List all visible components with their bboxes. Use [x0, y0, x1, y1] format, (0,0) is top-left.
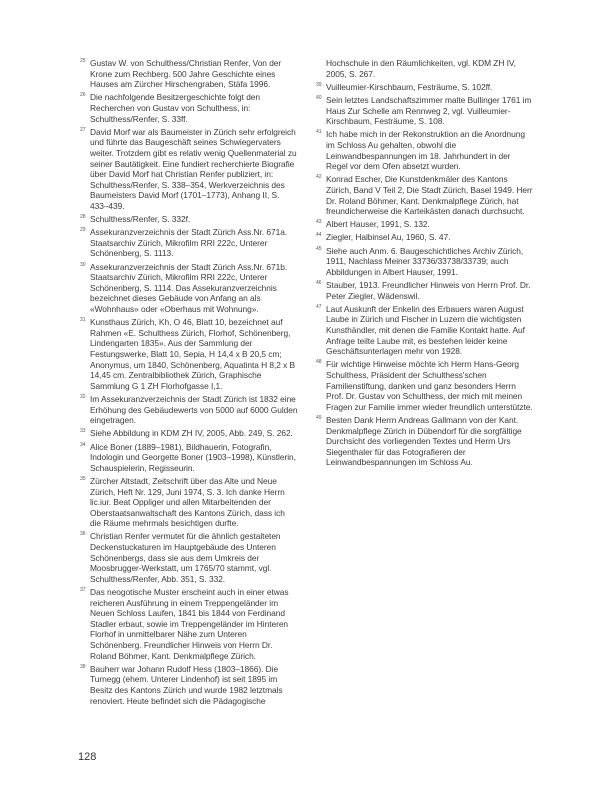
- footnote-number: 25: [80, 57, 85, 65]
- footnote-number: 37: [80, 586, 85, 594]
- footnote-text: Ziegler, Halbinsel Au, 1960, S. 47.: [326, 232, 450, 242]
- footnote-43: 43Albert Hauser, 1991, S. 132.: [316, 219, 534, 230]
- footnote-number: 38: [80, 663, 85, 671]
- footnote-text: Bauherr war Johann Rudolf Hess (1803–186…: [90, 664, 283, 706]
- footnote-41: 41Ich habe mich in der Rekonstruktion an…: [316, 129, 534, 171]
- footnote-text: David Morf war als Baumeister in Zürich …: [90, 127, 297, 211]
- footnote-number: 48: [316, 358, 321, 366]
- footnote-text: Assekuranzverzeichnis der Stadt Zürich A…: [90, 227, 287, 258]
- footnote-number: 49: [316, 414, 321, 422]
- footnote-text: Kunsthaus Zürich, Kh, O 46, Blatt 10, be…: [90, 317, 295, 391]
- footnotes-left-column: 25Gustav W. von Schulthess/Christian Ren…: [80, 58, 298, 709]
- footnote-number: 29: [80, 226, 85, 234]
- footnote-text: Siehe Abbildung in KDM ZH IV, 2005, Abb.…: [90, 428, 293, 438]
- footnotes-right-column: Hochschule in den Räumlichkeiten, vgl. K…: [316, 58, 534, 471]
- footnote-38: 38Bauherr war Johann Rudolf Hess (1803–1…: [80, 664, 298, 706]
- footnote-number: 26: [80, 91, 85, 99]
- footnote-number: 46: [316, 279, 321, 287]
- footnote-45: 45Siehe auch Anm. 6. Baugeschichtliches …: [316, 246, 534, 278]
- footnote-number: 34: [80, 441, 85, 449]
- page-number: 128: [78, 751, 96, 763]
- footnote-text: Sein letztes Landschaftszimmer malte Bul…: [326, 95, 531, 126]
- footnote-number: 41: [316, 128, 321, 136]
- footnote-31: 31Kunsthaus Zürich, Kh, O 46, Blatt 10, …: [80, 317, 298, 391]
- footnote-number: 35: [80, 475, 85, 483]
- footnote-text: Konrad Escher, Die Kunstdenkmäler des Ka…: [326, 174, 532, 216]
- footnote-46: 46Stauber, 1913. Freundlicher Hinweis vo…: [316, 280, 534, 301]
- footnote-number: 33: [80, 427, 85, 435]
- footnote-42: 42Konrad Escher, Die Kunstdenkmäler des …: [316, 174, 534, 216]
- footnote-35: 35Zürcher Altstadt, Zeitschrift über das…: [80, 476, 298, 529]
- footnote-text: Hochschule in den Räumlichkeiten, vgl. K…: [326, 58, 516, 79]
- footnote-48: 48Für wichtige Hinweise möchte ich Herrn…: [316, 359, 534, 412]
- footnote-text: Im Assekuranzverzeichnis der Stadt Züric…: [90, 394, 298, 425]
- footnote-40: 40Sein letztes Landschaftszimmer malte B…: [316, 95, 534, 127]
- footnote-text: Besten Dank Herrn Andreas Gallmann von d…: [326, 415, 522, 467]
- footnote-37: 37Das neogotische Muster erscheint auch …: [80, 587, 298, 661]
- footnote-number: 44: [316, 231, 321, 239]
- footnote-text: Gustav W. von Schulthess/Christian Renfe…: [90, 58, 281, 89]
- footnote-number: 36: [80, 530, 85, 538]
- footnote-33: 33Siehe Abbildung in KDM ZH IV, 2005, Ab…: [80, 428, 298, 439]
- footnote-number: 47: [316, 303, 321, 311]
- footnote-text: Laut Auskunft der Enkelin des Erbauers w…: [326, 304, 525, 356]
- footnote-36: 36Christian Renfer vermutet für die ähnl…: [80, 531, 298, 584]
- footnote-number: 30: [80, 261, 85, 269]
- footnote-number: 31: [80, 316, 85, 324]
- footnote-number: 45: [316, 245, 321, 253]
- footnote-text: Albert Hauser, 1991, S. 132.: [326, 219, 430, 229]
- footnote-49: 49Besten Dank Herrn Andreas Gallmann von…: [316, 415, 534, 468]
- footnote-25: 25Gustav W. von Schulthess/Christian Ren…: [80, 58, 298, 90]
- footnote-text: Das neogotische Muster erscheint auch in…: [90, 587, 289, 661]
- footnote-number: 28: [80, 213, 85, 221]
- footnote-text: Assekuranzverzeichnis der Stadt Zürich A…: [90, 262, 287, 314]
- footnote-text: Zürcher Altstadt, Zeitschrift über das A…: [90, 476, 285, 528]
- footnote-29: 29Assekuranzverzeichnis der Stadt Zürich…: [80, 227, 298, 259]
- footnote-text: Stauber, 1913. Freundlicher Hinweis von …: [326, 280, 530, 301]
- footnote-text: Schulthess/Renfer, S. 332f.: [90, 214, 190, 224]
- footnote-39: 39Vuilleumier-Kirschbaum, Festräume, S. …: [316, 82, 534, 93]
- footnote-38-continuation: Hochschule in den Räumlichkeiten, vgl. K…: [316, 58, 534, 79]
- footnote-text: Für wichtige Hinweise möchte ich Herrn H…: [326, 359, 533, 411]
- footnote-text: Vuilleumier-Kirschbaum, Festräume, S. 10…: [326, 82, 492, 92]
- footnote-number: 40: [316, 94, 321, 102]
- footnote-27: 27David Morf war als Baumeister in Züric…: [80, 127, 298, 212]
- footnote-number: 39: [316, 81, 321, 89]
- footnote-text: Christian Renfer vermutet für die ähnlic…: [90, 531, 281, 583]
- footnote-number: 32: [80, 393, 85, 401]
- footnote-32: 32Im Assekuranzverzeichnis der Stadt Zür…: [80, 394, 298, 426]
- footnote-number: 43: [316, 218, 321, 226]
- footnote-47: 47Laut Auskunft der Enkelin des Erbauers…: [316, 304, 534, 357]
- document-page: 25Gustav W. von Schulthess/Christian Ren…: [0, 0, 600, 800]
- footnote-text: Die nachfolgende Besitzergeschichte folg…: [90, 92, 260, 123]
- footnote-28: 28Schulthess/Renfer, S. 332f.: [80, 214, 298, 225]
- footnote-text: Ich habe mich in der Rekonstruktion an d…: [326, 129, 525, 171]
- footnote-44: 44Ziegler, Halbinsel Au, 1960, S. 47.: [316, 232, 534, 243]
- footnote-number: 27: [80, 126, 85, 134]
- footnote-34: 34Alice Boner (1889–1981), Bildhauerin, …: [80, 442, 298, 474]
- footnote-30: 30Assekuranzverzeichnis der Stadt Zürich…: [80, 262, 298, 315]
- footnote-text: Alice Boner (1889–1981), Bildhauerin, Fo…: [90, 442, 296, 473]
- footnote-number: 42: [316, 173, 321, 181]
- footnote-26: 26Die nachfolgende Besitzergeschichte fo…: [80, 92, 298, 124]
- footnote-text: Siehe auch Anm. 6. Baugeschichtliches Ar…: [326, 246, 523, 277]
